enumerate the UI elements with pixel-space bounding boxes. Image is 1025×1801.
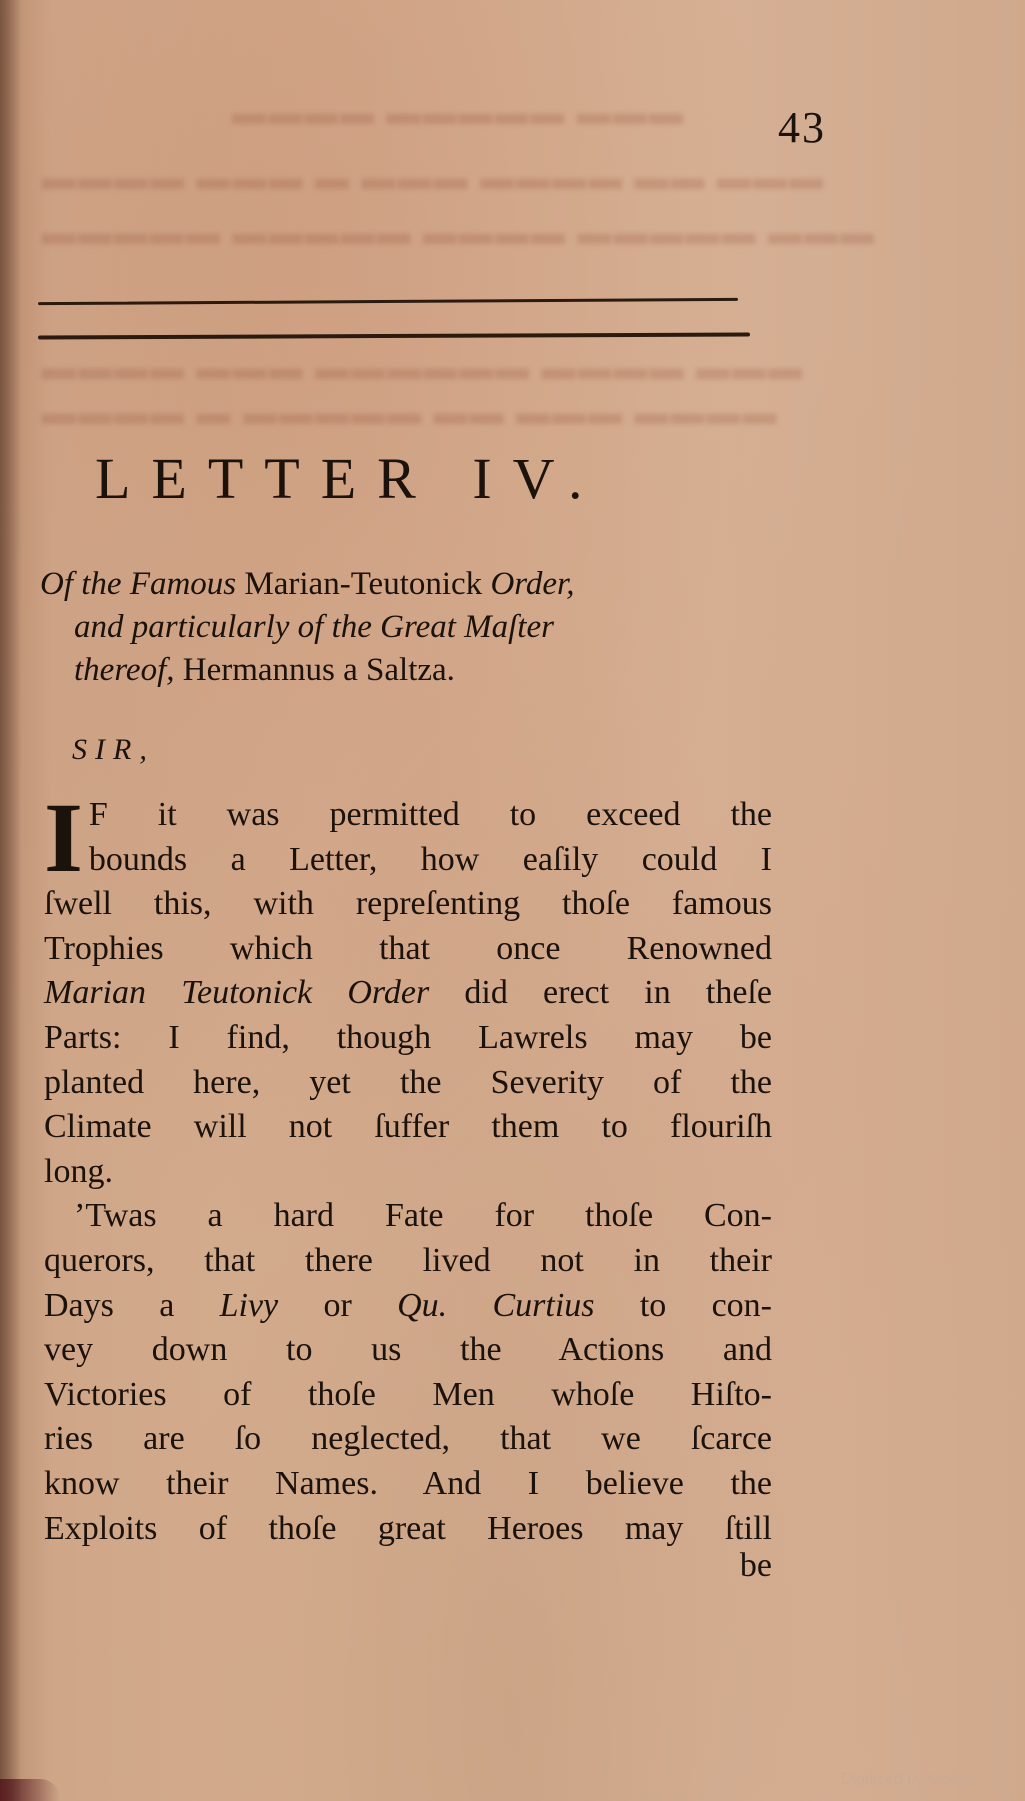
spine-shadow	[0, 0, 22, 1801]
body-segment: Livy	[220, 1287, 279, 1324]
subtitle-line: and particularly of the Great Maſter	[40, 606, 780, 649]
subtitle-line: thereof, Hermannus a Saltza.	[40, 649, 780, 692]
subtitle-line: Of the Famous Marian-Teutonick Order,	[40, 563, 780, 606]
body-line: Exploits of thoſe great Heroes may ſtill	[44, 1507, 772, 1552]
body-segment: Qu. Curtius	[397, 1287, 594, 1324]
subtitle-segment: Order,	[490, 566, 574, 602]
drop-cap: I	[44, 797, 83, 881]
body-line: long.	[44, 1150, 772, 1195]
binding-edge	[0, 1779, 60, 1801]
body-line: planted here, yet the Severity of the	[44, 1061, 772, 1106]
salutation: SIR,	[72, 733, 155, 767]
header-rule-bottom	[38, 332, 750, 339]
body-segment: Days a	[44, 1287, 220, 1324]
body-line: know their Names. And I believe the	[44, 1462, 772, 1507]
body-segment: did erect in theſe	[429, 974, 772, 1011]
bleed-through-text: ▬▬▬ ▬▬▬▬ ▬▬▬▬▬▬ ▬▬▬ ▬▬▬▬	[40, 350, 802, 388]
body-line: Parts: I find, though Lawrels may be	[44, 1016, 772, 1061]
body-line: vey down to us the Actions and	[44, 1328, 772, 1373]
body-line: Victories of thoſe Men whoſe Hiſto-	[44, 1373, 772, 1418]
header-rule-top	[38, 298, 738, 305]
body-line: ſwell this, with repreſenting thoſe famo…	[44, 882, 772, 927]
bleed-through-text: ▬▬▬▬ ▬▬▬ ▬▬ ▬▬▬▬▬ ▬ ▬▬▬▬	[40, 395, 777, 433]
body-line: F it was permitted to exceed the	[44, 793, 772, 838]
body-line: Trophies which that once Renowned	[44, 927, 772, 972]
page-number: 43	[778, 102, 826, 153]
bleed-through-text: ▬▬▬ ▬▬ ▬▬▬▬ ▬▬▬ ▬ ▬▬▬ ▬▬▬▬	[40, 160, 823, 198]
subtitle-segment: Hermannus a Saltza.	[183, 652, 455, 688]
subtitle-segment: thereof,	[74, 652, 183, 688]
body-text: I F it was permitted to exceed the bound…	[44, 793, 772, 1581]
body-segment: to con-	[595, 1287, 773, 1324]
bleed-through-text: ▬▬▬ ▬▬▬▬▬ ▬▬▬▬ ▬▬▬▬▬ ▬▬▬▬▬	[40, 215, 874, 253]
body-line: Days a Livy or Qu. Curtius to con-	[44, 1284, 772, 1329]
book-page: ▬▬▬ ▬▬▬▬▬ ▬▬▬▬ ▬▬▬ ▬▬ ▬▬▬▬ ▬▬▬ ▬ ▬▬▬ ▬▬▬…	[0, 0, 1025, 1801]
body-segment: Marian Teutonick Order	[44, 974, 429, 1011]
catchword: be	[44, 1551, 772, 1581]
body-line: ’Twas a hard Fate for thoſe Con-	[44, 1194, 772, 1239]
body-line: bounds a Letter, how eaſily could I	[44, 838, 772, 883]
subtitle-segment: and particularly of the Great Maſter	[74, 609, 554, 645]
body-line: ries are ſo neglected, that we ſcarce	[44, 1417, 772, 1462]
body-line: Climate will not ſuffer them to flouriſh	[44, 1105, 772, 1150]
body-line: Marian Teutonick Order did erect in theſ…	[44, 971, 772, 1016]
digitization-watermark: Digitized by Google	[841, 1771, 980, 1789]
letter-subtitle: Of the Famous Marian-Teutonick Order, an…	[40, 563, 780, 692]
bleed-through-text: ▬▬▬ ▬▬▬▬▬ ▬▬▬▬	[230, 95, 683, 133]
subtitle-segment: Of the Famous	[40, 566, 244, 602]
subtitle-segment: Marian-Teutonick	[244, 566, 490, 602]
body-segment: or	[278, 1287, 397, 1324]
body-line: querors, that there lived not in their	[44, 1239, 772, 1284]
letter-title: LETTER IV.	[95, 445, 604, 512]
